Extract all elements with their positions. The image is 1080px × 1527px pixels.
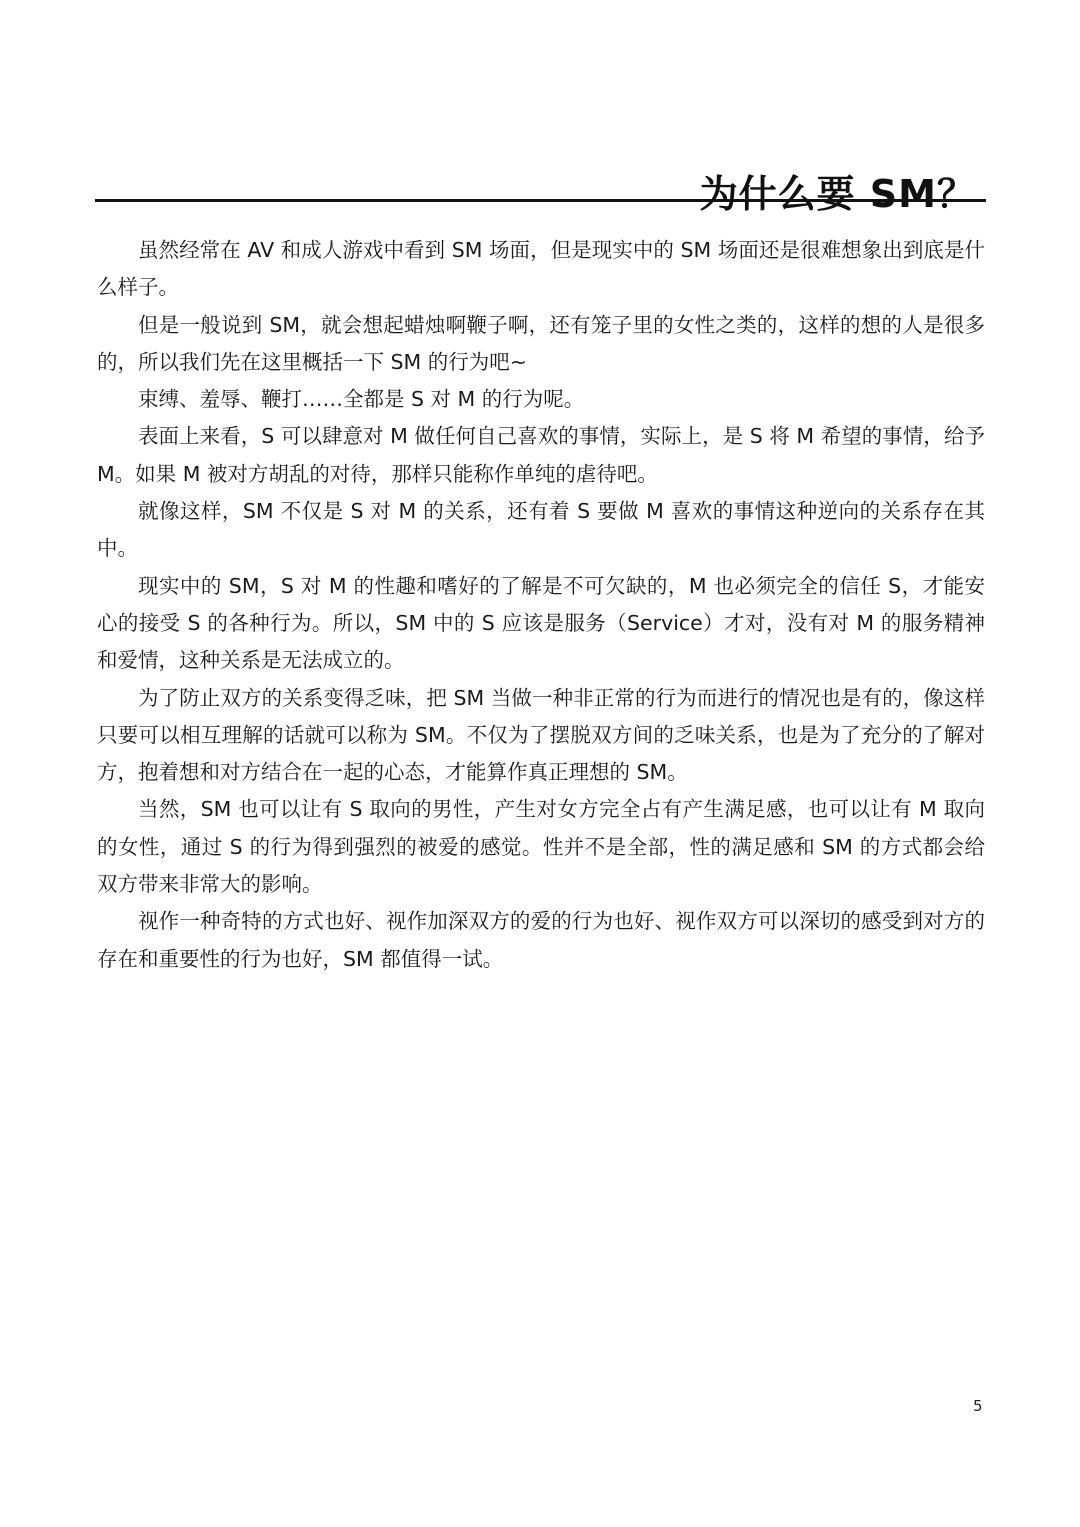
document-body: 虽然经常在 AV 和成人游戏中看到 SM 场面，但是现实中的 SM 场面还是很难…	[97, 232, 985, 978]
paragraph: 表面上来看，S 可以肆意对 M 做任何自己喜欢的事情，实际上，是 S 将 M 希…	[97, 418, 985, 493]
paragraph: 为了防止双方的关系变得乏味，把 SM 当做一种非正常的行为而进行的情况也是有的，…	[97, 680, 985, 792]
paragraph: 就像这样，SM 不仅是 S 对 M 的关系，还有着 S 要做 M 喜欢的事情这种…	[97, 493, 985, 568]
paragraph: 虽然经常在 AV 和成人游戏中看到 SM 场面，但是现实中的 SM 场面还是很难…	[97, 232, 985, 307]
page-number: 5	[973, 1397, 983, 1415]
paragraph: 但是一般说到 SM，就会想起蜡烛啊鞭子啊，还有笼子里的女性之类的，这样的想的人是…	[97, 307, 985, 382]
title-divider	[95, 199, 986, 202]
paragraph: 视作一种奇特的方式也好、视作加深双方的爱的行为也好、视作双方可以深切的感受到对方…	[97, 903, 985, 978]
page-title: 为什么要 SM？	[700, 163, 976, 218]
paragraph: 束缚、羞辱、鞭打……全都是 S 对 M 的行为呢。	[97, 381, 985, 418]
paragraph: 现实中的 SM，S 对 M 的性趣和嗜好的了解是不可欠缺的，M 也必须完全的信任…	[97, 568, 985, 680]
paragraph: 当然，SM 也可以让有 S 取向的男性，产生对女方完全占有产生满足感，也可以让有…	[97, 791, 985, 903]
